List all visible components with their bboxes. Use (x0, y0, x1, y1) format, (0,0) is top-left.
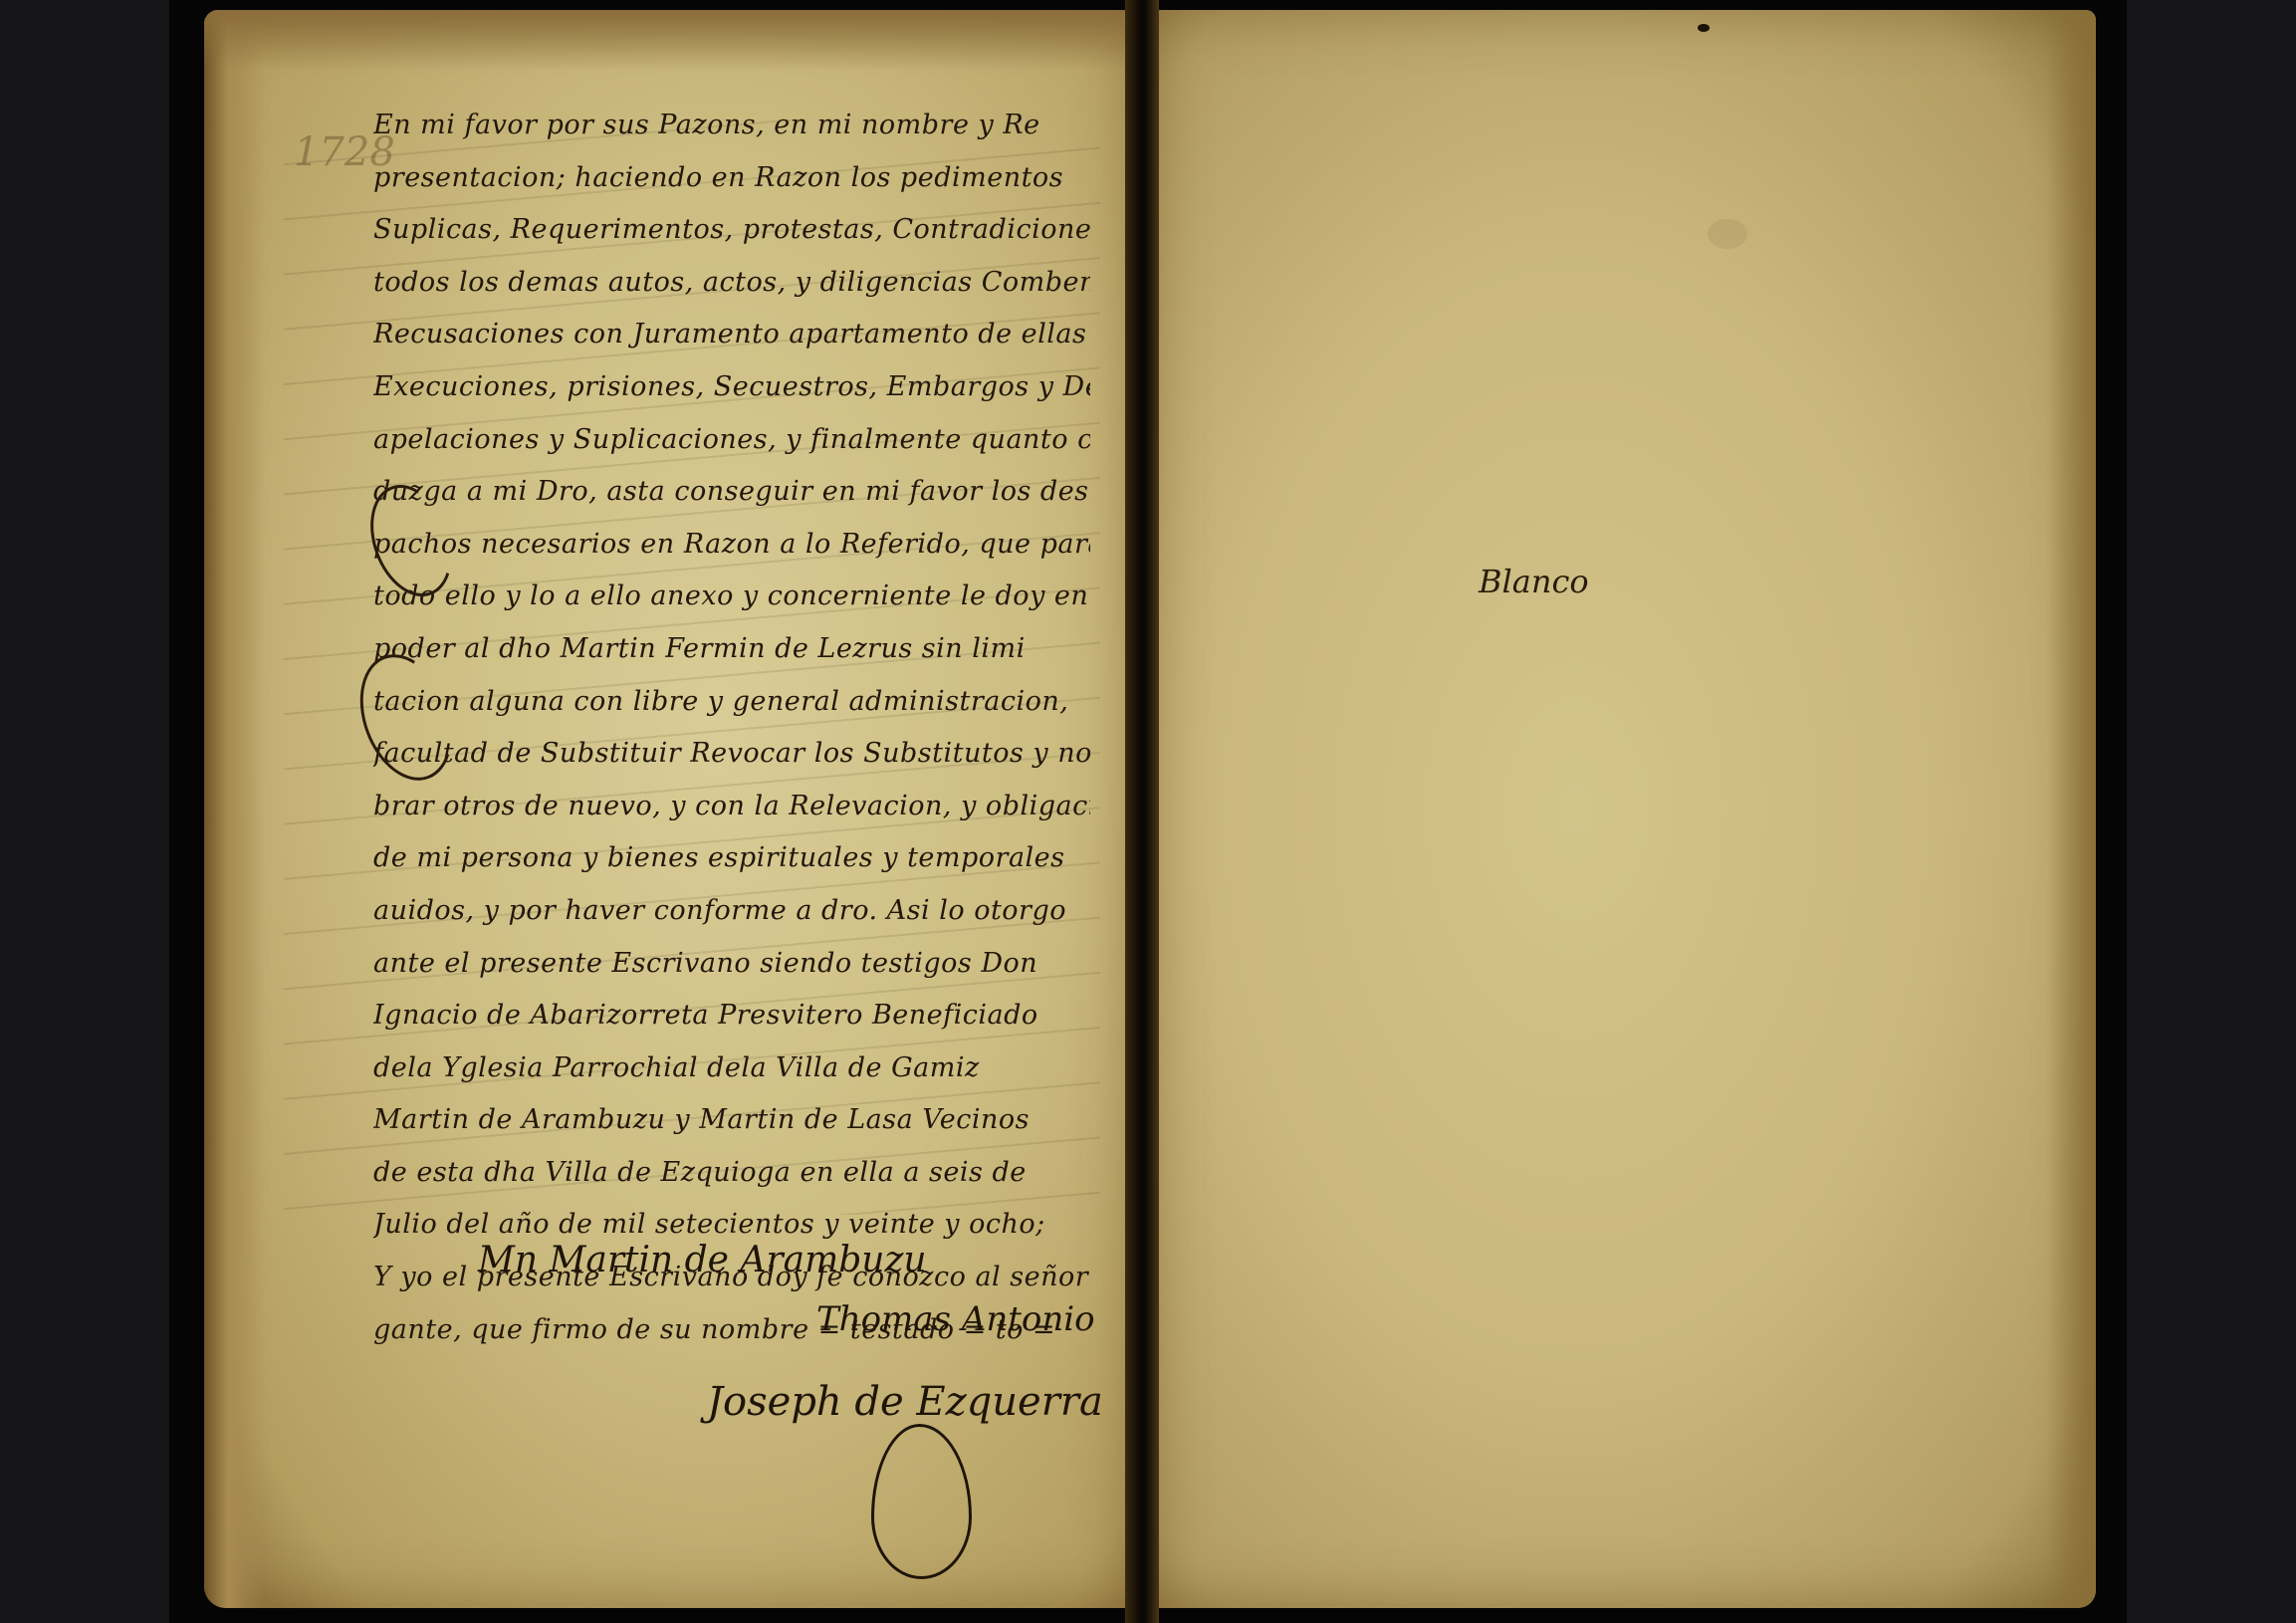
manuscript-line: de mi persona y bienes espirituales y te… (373, 832, 1090, 885)
manuscript-line: presentacion; haciendo en Razon los pedi… (373, 152, 1090, 205)
left-side-band (0, 0, 169, 1623)
manuscript-line: duzga a mi Dro, asta conseguir en mi fav… (373, 466, 1090, 519)
manuscript-line: poder al dho Martin Fermin de Lezrus sin… (373, 623, 1090, 676)
manuscript-line: todo ello y lo a ello anexo y concernien… (373, 571, 1090, 623)
signature-block: Mn Martin de Arambuzu Thomas Antonio Jos… (339, 1195, 1095, 1553)
right-page (1150, 10, 2096, 1608)
manuscript-line: ante el presente Escrivano siendo testig… (373, 938, 1090, 991)
manuscript-line: facultad de Substituir Revocar los Subst… (373, 728, 1090, 781)
manuscript-line: auidos, y por haver conforme a dro. Asi … (373, 885, 1090, 938)
signature-second: Thomas Antonio (816, 1299, 1095, 1339)
manuscript-line: tacion alguna con libre y general admini… (373, 676, 1090, 729)
manuscript-line: apelaciones y Suplicaciones, y finalment… (373, 414, 1090, 467)
stain-mark (1708, 219, 1747, 249)
manuscript-line: todos los demas autos, actos, y diligenc… (373, 257, 1090, 310)
manuscript-text: En mi favor por sus Pazons, en mi nombre… (373, 100, 1090, 1356)
ink-spot (1698, 24, 1710, 32)
right-side-band (2127, 0, 2296, 1623)
manuscript-line: dela Yglesia Parrochial dela Villa de Ga… (373, 1043, 1090, 1095)
manuscript-line: pachos necesarios en Razon a lo Referido… (373, 519, 1090, 572)
manuscript-line: Martin de Arambuzu y Martin de Lasa Veci… (373, 1094, 1090, 1147)
signature-notary: Joseph de Ezquerra (707, 1379, 1103, 1425)
manuscript-line: Recusaciones con Juramento apartamento d… (373, 309, 1090, 361)
manuscript-line: de esta dha Villa de Ezquioga en ella a … (373, 1147, 1090, 1200)
open-book: 1728 En mi favor por sus Pazons, en mi n… (169, 0, 2127, 1623)
manuscript-line: Ignacio de Abarizorreta Presvitero Benef… (373, 990, 1090, 1043)
signature-arambuzu: Mn Martin de Arambuzu (478, 1240, 927, 1280)
manuscript-line: Suplicas, Requerimentos, protestas, Cont… (373, 204, 1090, 257)
book-gutter (1125, 0, 1159, 1623)
scan-area: 1728 En mi favor por sus Pazons, en mi n… (169, 0, 2127, 1623)
manuscript-line: Execuciones, prisiones, Secuestros, Emba… (373, 361, 1090, 414)
manuscript-line: En mi favor por sus Pazons, en mi nombre… (373, 100, 1090, 152)
notary-rubric-loop (871, 1424, 972, 1579)
blank-page-note: Blanco (1479, 563, 1589, 600)
manuscript-line: brar otros de nuevo, y con la Relevacion… (373, 781, 1090, 833)
